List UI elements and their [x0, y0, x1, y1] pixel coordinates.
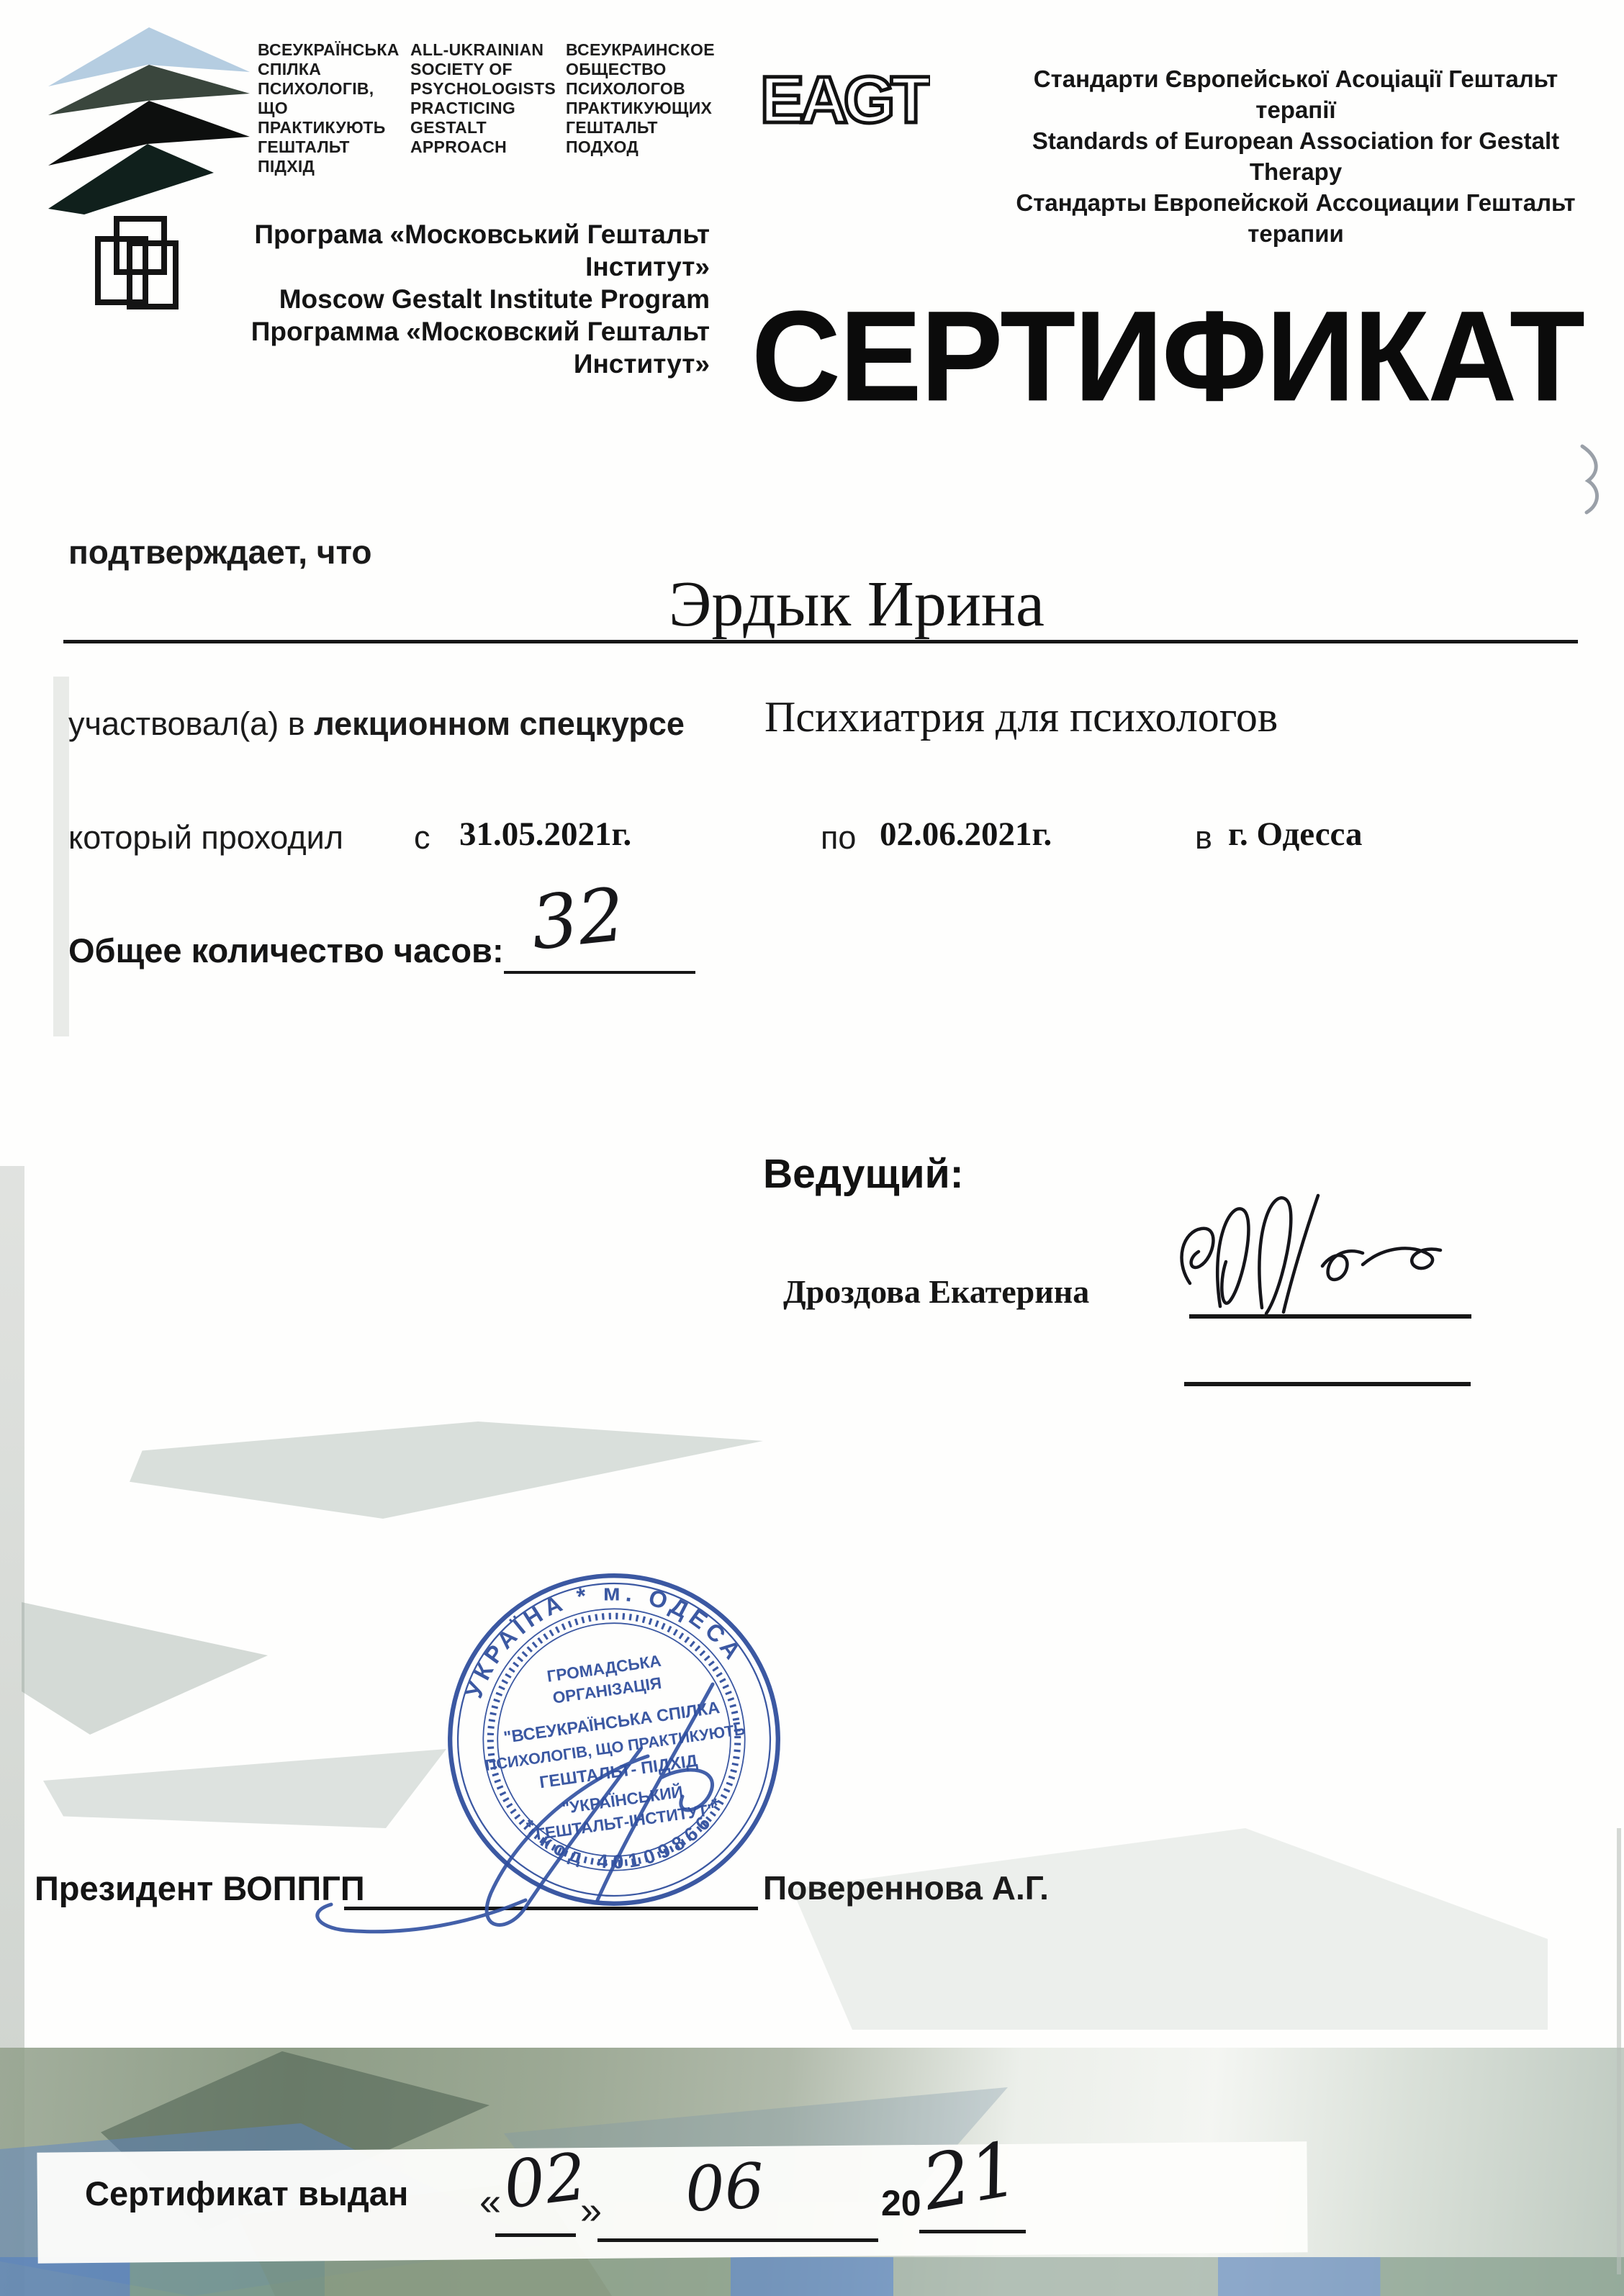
program-line-uk: Програма «Московський Гештальт Інститут»: [166, 218, 710, 283]
org-col1-line: СПІЛКА: [258, 60, 402, 79]
participated-course-type: лекционном спецкурсе: [314, 705, 685, 742]
org-col3-line: ПОДХОД: [566, 137, 710, 157]
org-col1-line: ПРАКТИКУЮТЬ: [258, 118, 402, 137]
certificate-page: ВСЕУКРАЇНСЬКА СПІЛКА ПСИХОЛОГІВ, ЩО ПРАК…: [0, 0, 1624, 2296]
issued-year-prefix: 20: [881, 2182, 921, 2224]
in-label: в: [1195, 819, 1212, 857]
bg-left-small-strip: [53, 677, 69, 1036]
standards-line-uk: Стандарти Європейської Асоціації Гешталь…: [993, 63, 1598, 125]
standards-line-en: Standards of European Association for Ge…: [993, 125, 1598, 187]
bg-right-thin-line: [1617, 1828, 1621, 2274]
leader-signature-line: [1189, 1314, 1471, 1319]
org-col2-line: ALL-UKRAINIAN: [410, 40, 554, 60]
participant-name: Эрдык Ирина: [461, 567, 1253, 641]
org-col2-line: PRACTICING: [410, 99, 554, 118]
bg-pale-right: [792, 1828, 1548, 2030]
to-label: по: [821, 819, 856, 857]
name-underline: [63, 640, 1578, 643]
standards-block: Стандарти Європейської Асоціації Гешталь…: [993, 63, 1598, 249]
program-line-en: Moscow Gestalt Institute Program: [166, 283, 710, 315]
org-col3-line: ОБЩЕСТВО: [566, 60, 710, 79]
from-date: 31.05.2021г.: [459, 815, 631, 854]
course-name: Психиатрия для психологов: [764, 692, 1278, 742]
bg-bottom-strip: [0, 2257, 1624, 2296]
org-column-ukrainian: ВСЕУКРАЇНСЬКА СПІЛКА ПСИХОЛОГІВ, ЩО ПРАК…: [258, 40, 402, 176]
org-col1-line: ПІДХІД: [258, 157, 402, 176]
org-col2-line: SOCIETY OF: [410, 60, 554, 79]
second-signature-line: [1184, 1382, 1471, 1386]
scan-artifact-curve: [1575, 443, 1610, 515]
city-value: г. Одесса: [1228, 815, 1363, 854]
issued-day-underline: [495, 2233, 576, 2237]
program-block: Програма «Московський Гештальт Інститут»…: [166, 218, 710, 380]
program-line-ru: Программа «Московский Гештальт Институт»: [166, 315, 710, 380]
certificate-title: СЕРТИФИКАТ: [648, 282, 1584, 430]
hours-label: Общее количество часов:: [68, 931, 504, 970]
president-signature: [238, 1663, 871, 1965]
leader-name: Дроздова Екатерина: [783, 1273, 1089, 1311]
participated-line: участвовал(а) в лекционном спецкурсе: [68, 705, 685, 743]
leader-signature: [1170, 1191, 1487, 1324]
issued-month-handwritten: 06: [683, 2150, 766, 2226]
hours-value-handwritten: 32: [527, 872, 629, 967]
confirms-label: подтверждает, что: [68, 533, 371, 571]
issued-day-quote-close: »: [580, 2188, 602, 2233]
participated-prefix: участвовал(а) в: [68, 705, 314, 742]
org-col1-line: ВСЕУКРАЇНСЬКА: [258, 40, 402, 60]
org-col3-line: ГЕШТАЛЬТ: [566, 118, 710, 137]
issued-day-handwritten: 02: [500, 2138, 590, 2223]
issued-label: Сертификат выдан: [85, 2174, 408, 2213]
issued-month-underline: [597, 2238, 878, 2242]
org-col3-line: ПРАКТИКУЮЩИХ: [566, 99, 710, 118]
held-label: который проходил: [68, 819, 343, 857]
to-date: 02.06.2021г.: [880, 815, 1052, 854]
bg-left-edge-strip: [0, 1166, 24, 2296]
standards-line-ru: Стандарты Европейской Ассоциации Гешталь…: [993, 187, 1598, 249]
org-col3-line: ВСЕУКРАИНСКОЕ: [566, 40, 710, 60]
org-col2-line: APPROACH: [410, 137, 554, 157]
org-col1-line: ГЕШТАЛЬТ: [258, 137, 402, 157]
issued-year-underline: [919, 2230, 1026, 2233]
eagt-logo-text: EAGT: [760, 63, 930, 135]
zigzag-logo: [40, 20, 256, 216]
org-column-russian: ВСЕУКРАИНСКОЕ ОБЩЕСТВО ПСИХОЛОГОВ ПРАКТИ…: [566, 40, 710, 157]
issued-year-handwritten: 21: [916, 2124, 1025, 2227]
org-col3-line: ПСИХОЛОГОВ: [566, 79, 710, 99]
bg-triangle-mid: [130, 1422, 763, 1519]
org-column-english: ALL-UKRAINIAN SOCIETY OF PSYCHOLOGISTS P…: [410, 40, 554, 157]
org-col2-line: GESTALT: [410, 118, 554, 137]
eagt-logo: EAGT: [757, 63, 930, 135]
org-col2-line: PSYCHOLOGISTS: [410, 79, 554, 99]
issued-day-quote-open: «: [479, 2179, 501, 2224]
hours-underline: [504, 971, 695, 974]
leader-heading: Ведущий:: [763, 1150, 964, 1198]
from-label: с: [414, 819, 430, 857]
org-col1-line: ПСИХОЛОГІВ, ЩО: [258, 79, 402, 118]
